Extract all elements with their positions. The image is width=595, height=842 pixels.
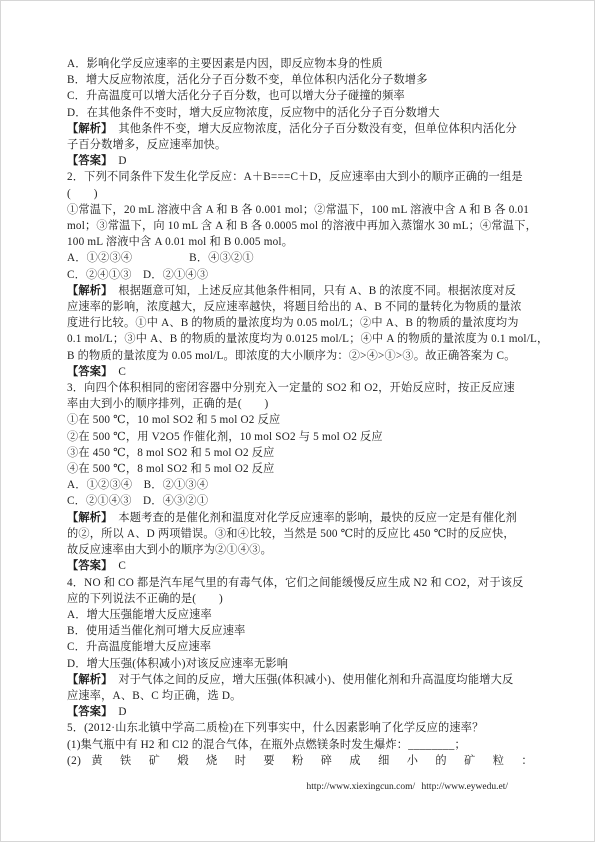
footer-link-xiexingcun[interactable]: http://www.xiexingcun.com/: [307, 782, 416, 792]
page-footer: http://www.xiexingcun.com/ http://www.ey…: [1, 781, 508, 793]
document-page: A．影响化学反应速率的主要因素是内因，即反应物本身的性质B．增大反应物浓度，活化…: [0, 0, 595, 842]
text-line: 的②，所以 A、D 两项错误。③和④比较，当然是 500 ℃时的反应比 450 …: [67, 526, 533, 542]
text-line: 5．(2012·山东北镇中学高二质检)在下列事实中，什么因素影响了化学反应的速率…: [67, 720, 533, 736]
text-line: 应速率，A、B、C 均正确，选 D。: [67, 688, 533, 704]
text-line: 【解析】 根据题意可知，上述反应其他条件相同，只有 A、B 的浓度不同。根据浓度…: [67, 283, 533, 299]
text-line: 率由大到小的顺序排列，正确的是( ): [67, 396, 533, 412]
text-line: 【解析】 对于气体之间的反应，增大压强(体积减小)、使用催化剂和升高温度均能增大…: [67, 672, 533, 688]
answer-marker: 【答案】: [67, 560, 107, 572]
text-line: (2) 黄 铁 矿 煅 烧 时 要 粉 碎 成 细 小 的 矿 粒 ：: [67, 753, 533, 769]
text-line: D．在其他条件不变时，增大反应物浓度，反应物中的活化分子百分数增大: [67, 105, 533, 121]
text-line: 0.1 mol/L；③中 A、B 的物质的量浓度均为 0.0125 mol/L；…: [67, 331, 533, 347]
text-line: 【答案】 C: [67, 558, 533, 574]
text-line: mol；③常温下，向 10 mL 含 A 和 B 各 0.0005 mol 的溶…: [67, 218, 533, 234]
text-line: ①在 500 ℃，10 mol SO2 和 5 mol O2 反应: [67, 412, 533, 428]
text-line: 【解析】 其他条件不变，增大反应物浓度，活化分子百分数没有变，但单位体积内活化分: [67, 121, 533, 137]
answer-marker: 【答案】: [67, 706, 107, 718]
text-line: A．①②③④ B．②①③④: [67, 477, 533, 493]
text-line: C．②①④③ D．④③②①: [67, 493, 533, 509]
text-line: C．升高温度可以增大活化分子百分数，也可以增大分子碰撞的频率: [67, 88, 533, 104]
text-line: C．升高温度能增大反应速率: [67, 639, 533, 655]
document-content: A．影响化学反应速率的主要因素是内因，即反应物本身的性质B．增大反应物浓度，活化…: [67, 56, 533, 769]
text-line: ③在 450 ℃，8 mol SO2 和 5 mol O2 反应: [67, 445, 533, 461]
text-line: A．影响化学反应速率的主要因素是内因，即反应物本身的性质: [67, 56, 533, 72]
text-line: 3．向四个体积相同的密闭容器中分别充入一定量的 SO2 和 O2，开始反应时，按…: [67, 380, 533, 396]
answer-marker: 【解析】: [67, 285, 107, 297]
text-line: B 的物质的量浓度为 0.05 mol/L。即浓度的大小顺序为：②>④>①>③。…: [67, 348, 533, 364]
text-line: 子百分数增多，反应速率加快。: [67, 137, 533, 153]
text-line: ①常温下，20 mL 溶液中含 A 和 B 各 0.001 mol；②常温下，1…: [67, 202, 533, 218]
answer-marker: 【答案】: [67, 366, 107, 378]
text-line: 100 mL 溶液中含 A 0.01 mol 和 B 0.005 mol。: [67, 234, 533, 250]
text-line: 度进行比较。①中 A、B 的物质的量浓度均为 0.05 mol/L；②中 A、B…: [67, 315, 533, 331]
answer-marker: 【解析】: [67, 674, 107, 686]
text-line: 2．下列不同条件下发生化学反应：A＋B===C＋D，反应速率由大到小的顺序正确的…: [67, 169, 533, 185]
text-line: 【答案】 D: [67, 153, 533, 169]
text-line: (1)集气瓶中有 H2 和 Cl2 的混合气体，在瓶外点燃镁条时发生爆炸：___…: [67, 737, 533, 753]
text-line: D．增大压强(体积减小)对该反应速率无影响: [67, 656, 533, 672]
answer-marker: 【解析】: [67, 123, 107, 135]
text-line: 应的下列说法不正确的是( ): [67, 591, 533, 607]
text-line: 【答案】 D: [67, 704, 533, 720]
text-line: C．②④①③ D．②①④③: [67, 267, 533, 283]
text-line: B．使用适当催化剂可增大反应速率: [67, 623, 533, 639]
text-line: 【解析】 本题考查的是催化剂和温度对化学反应速率的影响，最快的反应一定是有催化剂: [67, 510, 533, 526]
text-line: A．①②③④ B．④③②①: [67, 250, 533, 266]
text-line: ④在 500 ℃，8 mol SO2 和 5 mol O2 反应: [67, 461, 533, 477]
text-line: B．增大反应物浓度，活化分子百分数不变，单位体积内活化分子数增多: [67, 72, 533, 88]
text-line: A．增大压强能增大反应速率: [67, 607, 533, 623]
footer-link-eywedu[interactable]: http://www.eywedu.et/: [422, 782, 508, 792]
answer-marker: 【解析】: [67, 512, 107, 524]
text-line: ②在 500 ℃，用 V2O5 作催化剂，10 mol SO2 与 5 mol …: [67, 429, 533, 445]
text-line: 【答案】 C: [67, 364, 533, 380]
answer-marker: 【答案】: [67, 155, 107, 167]
text-line: ( ): [67, 186, 533, 202]
text-line: 4．NO 和 CO 都是汽车尾气里的有毒气体，它们之间能缓慢反应生成 N2 和 …: [67, 575, 533, 591]
text-line: 应速率的影响，浓度越大，反应速率越快，将题目给出的 A、B 不同的量转化为物质的…: [67, 299, 533, 315]
text-line: 故反应速率由大到小的顺序为②①④③。: [67, 542, 533, 558]
